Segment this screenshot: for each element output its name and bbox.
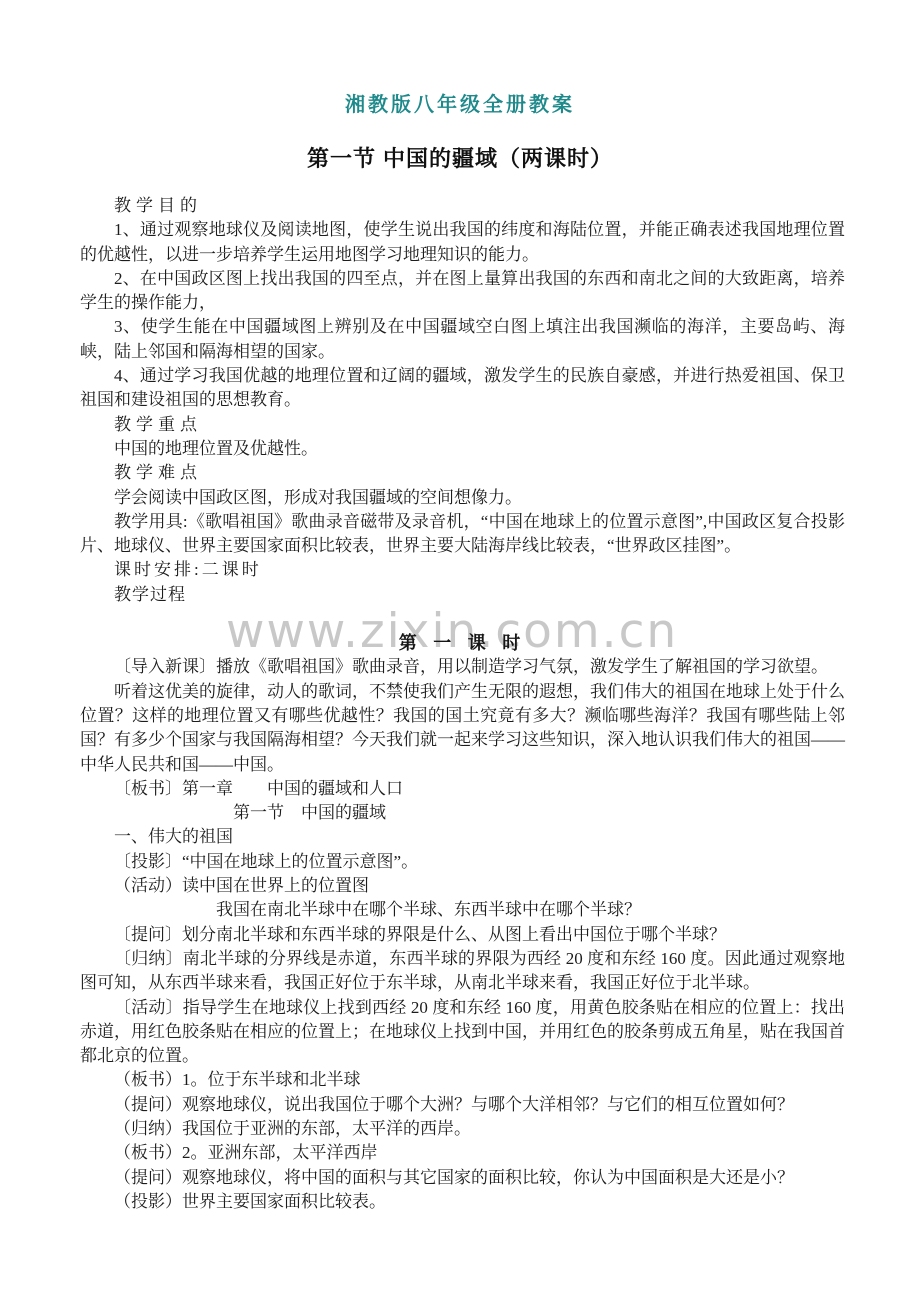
para-aim-3: 3、使学生能在中国疆域图上辨别及在中国疆域空白图上填注出我国濒临的海洋，主要岛屿…	[80, 315, 845, 364]
para-teaching-aids: 教学用具:《歌唱祖国》歌曲录音磁带及录音机，“中国在地球上的位置示意图”,中国政…	[80, 510, 845, 559]
para-aim-4: 4、通过学习我国优越的地理位置和辽阔的疆域，激发学生的民族自豪感，并进行热爱祖国…	[80, 364, 845, 413]
document-body: 教学目的 1、通过观察地球仪及阅读地图，使学生说出我国的纬度和海陆位置，并能正确…	[0, 194, 920, 1214]
para-lead-in-monologue: 听着这优美的旋律，动人的歌词，不禁使我们产生无限的遐想，我们伟大的祖国在地球上处…	[80, 680, 845, 777]
para-aim-2: 2、在中国政区图上找出我国的四至点，并在图上量算出我国的东西和南北之间的大致距离…	[80, 267, 845, 316]
para-board-point-2: （板书）2。亚洲东部，太平洋西岸	[80, 1141, 845, 1165]
para-ask-hemisphere-boundary: 〔提问〕划分南北半球和东西半球的界限是什么、从图上看出中国位于哪个半球？	[80, 923, 845, 947]
para-aim-1: 1、通过观察地球仪及阅读地图，使学生说出我国的纬度和海陆位置，并能正确表述我国地…	[80, 218, 845, 267]
para-projection-position-map: 〔投影〕“中国在地球上的位置示意图”。	[80, 850, 845, 874]
para-difficulty-heading: 教学难点	[80, 461, 845, 485]
para-board-point-1: （板书）1。位于东半球和北半球	[80, 1068, 845, 1092]
lesson-one-heading: 第 一 课 时	[80, 631, 845, 655]
para-projection-area-table: （投影）世界主要国家面积比较表。	[80, 1190, 845, 1214]
para-teaching-aims-heading: 教学目的	[80, 194, 845, 218]
para-key-point-heading: 教学重点	[80, 413, 845, 437]
para-point-great-motherland: 一、伟大的祖国	[80, 825, 845, 849]
document-page: www.zixin.com.cn 湘教版八年级全册教案 第一节 中国的疆域（两课…	[0, 0, 920, 1302]
para-summary-asia-pacific: （归纳）我国位于亚洲的东部，太平洋的西岸。	[80, 1117, 845, 1141]
para-activity-globe: 〔活动〕指导学生在地球仪上找到西经 20 度和东经 160 度，用黄色胶条贴在相…	[80, 996, 845, 1069]
para-ask-continent-ocean: （提问）观察地球仪，说出我国位于哪个大洲？与哪个大洋相邻？与它们的相互位置如何？	[80, 1093, 845, 1117]
para-key-point: 中国的地理位置及优越性。	[80, 437, 845, 461]
para-difficulty: 学会阅读中国政区图，形成对我国疆域的空间想像力。	[80, 486, 845, 510]
para-question-hemisphere: 我国在南北半球中在哪个半球、东西半球中在哪个半球？	[80, 898, 845, 922]
para-activity-read-map: （活动）读中国在世界上的位置图	[80, 874, 845, 898]
para-teaching-process-heading: 教学过程	[80, 583, 845, 607]
para-board-section-1: 第一节 中国的疆域	[80, 801, 845, 825]
para-lead-in: 〔导入新课〕播放《歌唱祖国》歌曲录音，用以制造学习气氛，激发学生了解祖国的学习欲…	[80, 655, 845, 679]
para-summary-hemisphere: 〔归纳〕南北半球的分界线是赤道，东西半球的界限为西经 20 度和东经 160 度…	[80, 947, 845, 996]
section-title: 第一节 中国的疆域（两课时）	[0, 142, 920, 173]
document-title: 湘教版八年级全册教案	[0, 0, 920, 117]
para-ask-area-compare: （提问）观察地球仪，将中国的面积与其它国家的面积比较，你认为中国面积是大还是小？	[80, 1166, 845, 1190]
para-board-chapter-1: 〔板书〕第一章 中国的疆域和人口	[80, 777, 845, 801]
para-class-hours: 课时安排:二课时	[80, 558, 845, 582]
